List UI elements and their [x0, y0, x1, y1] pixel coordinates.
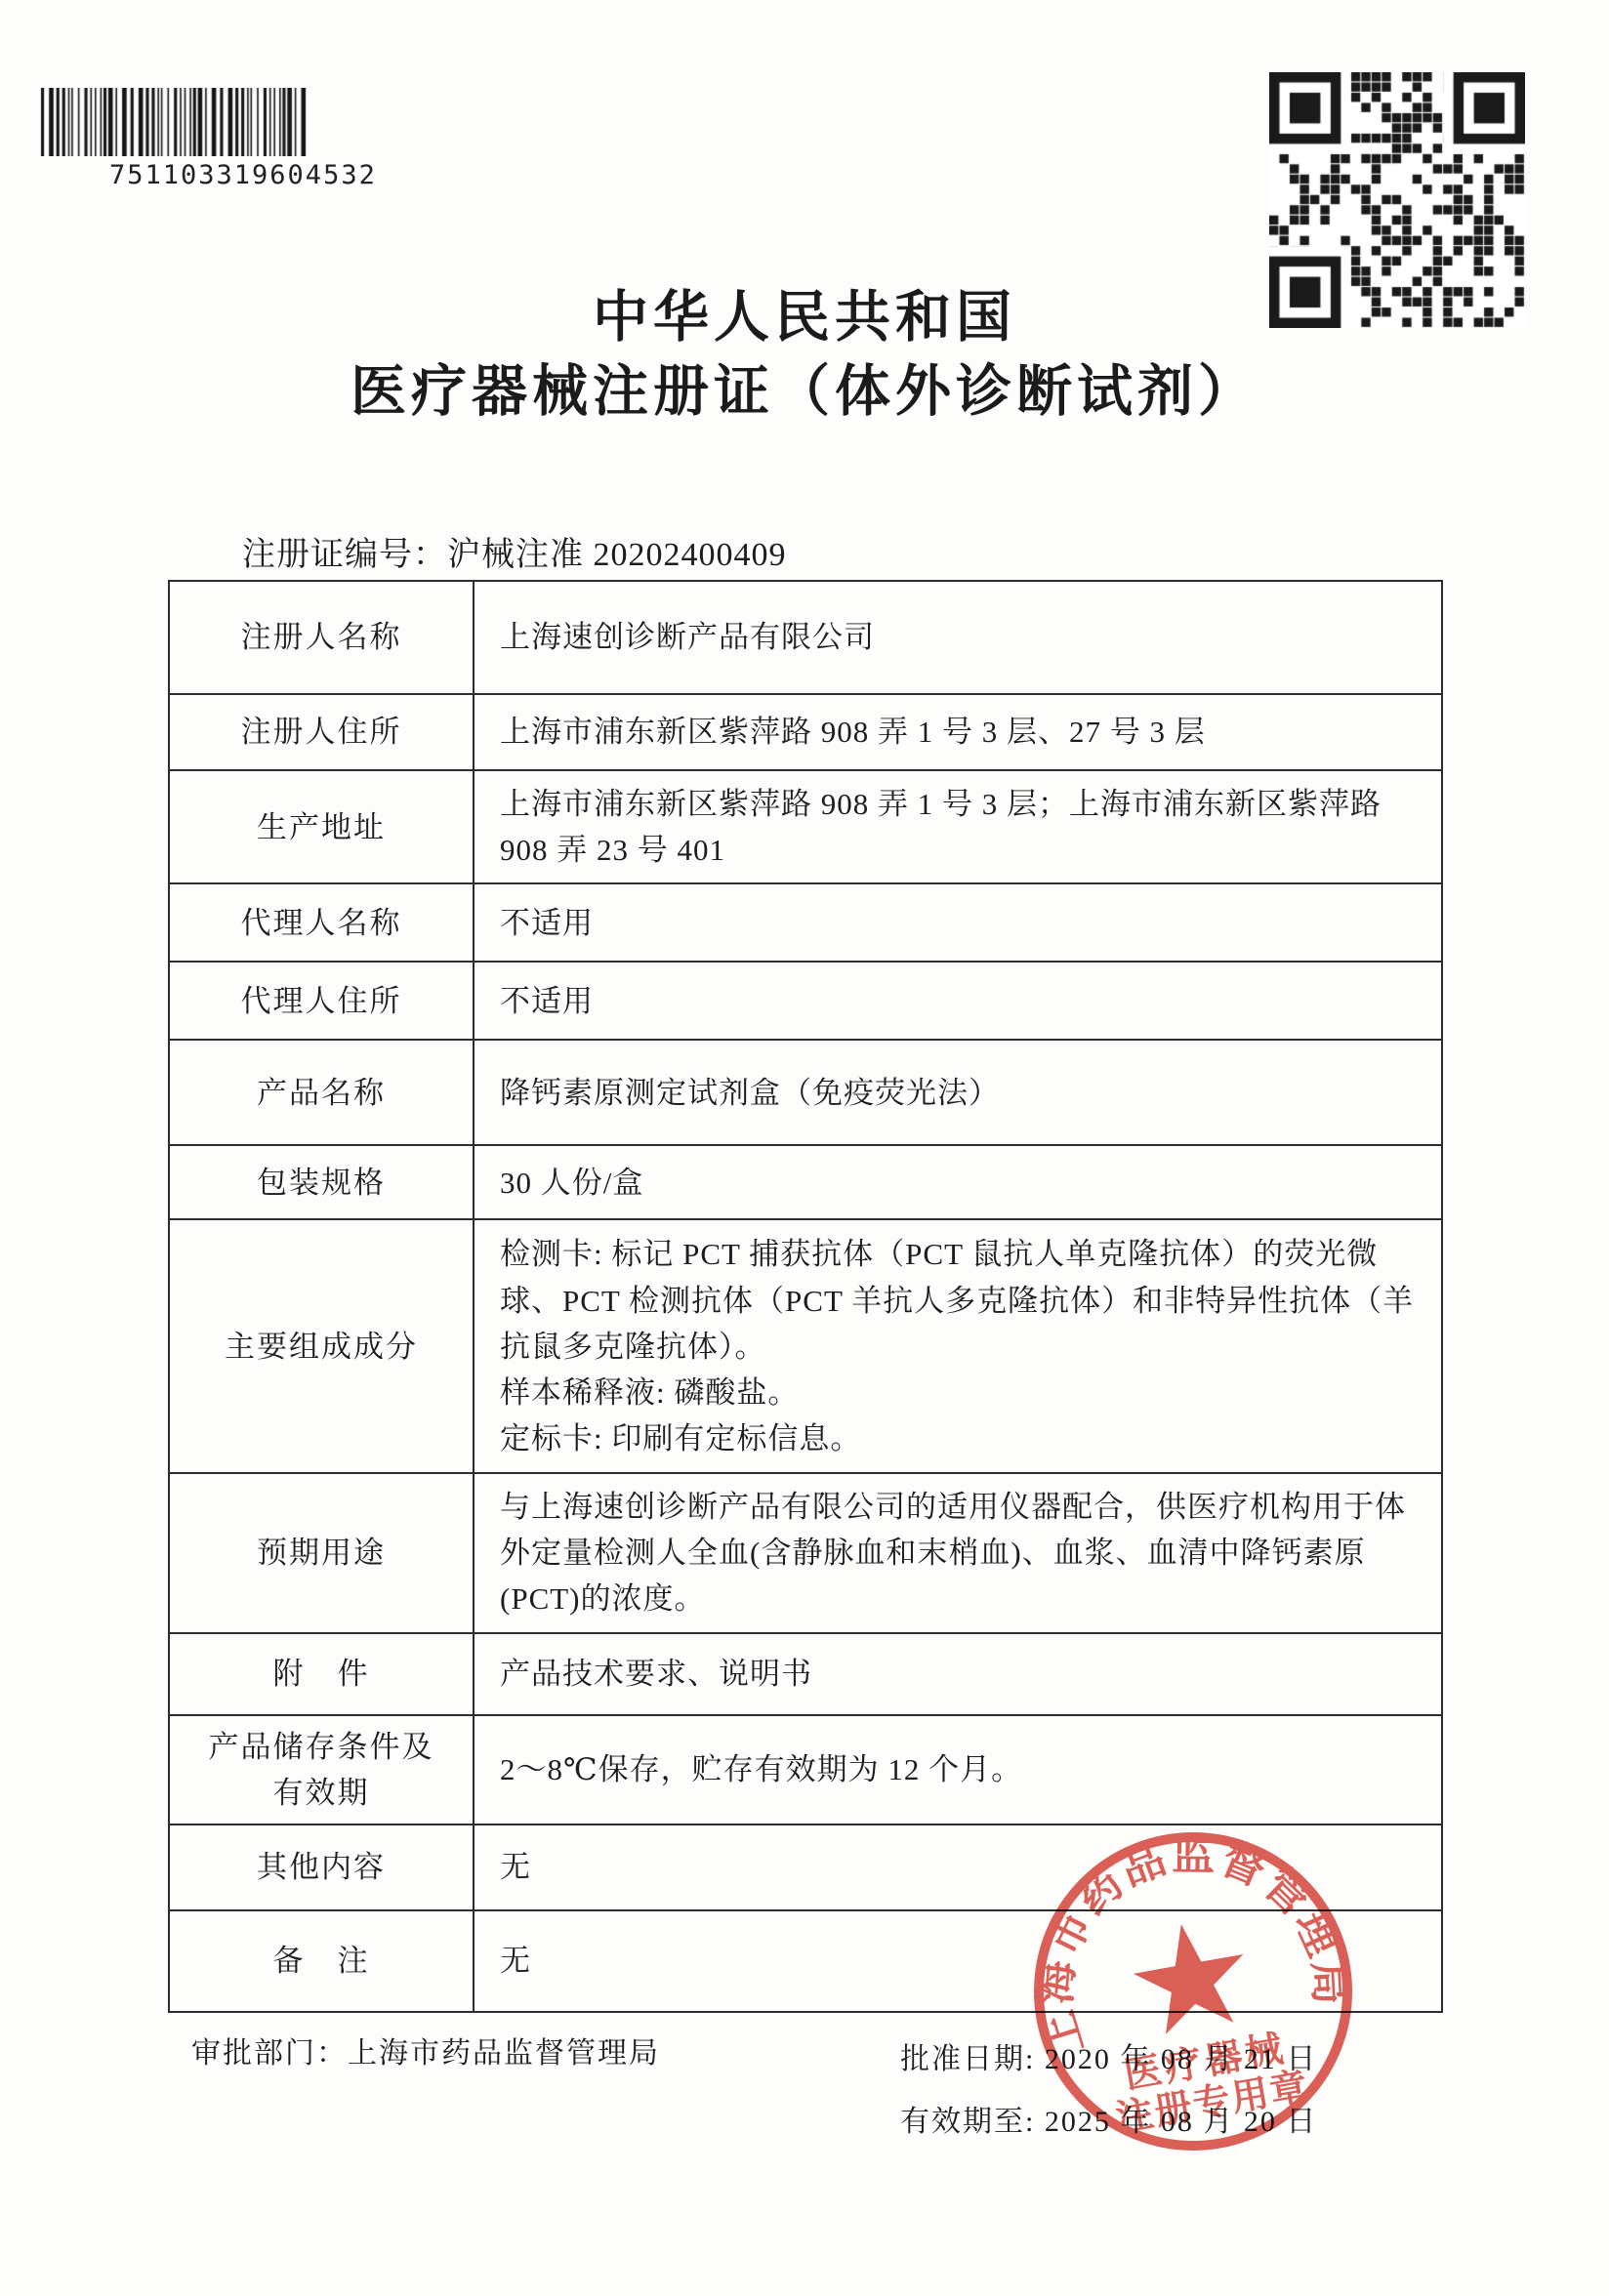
- row-label: 代理人住所: [169, 962, 474, 1040]
- row-label: 生产地址: [169, 770, 474, 883]
- certificate-table: 注册人名称上海速创诊断产品有限公司 注册人住所上海市浦东新区紫萍路 908 弄 …: [168, 580, 1443, 2013]
- row-label: 主要组成成分: [169, 1219, 474, 1473]
- row-value: 无: [474, 1910, 1442, 2012]
- row-label: 产品储存条件及 有效期: [169, 1715, 474, 1824]
- row-value: 上海市浦东新区紫萍路 908 弄 1 号 3 层；上海市浦东新区紫萍路 908 …: [474, 770, 1442, 883]
- row-value: 上海速创诊断产品有限公司: [474, 581, 1442, 694]
- row-value: 降钙素原测定试剂盒（免疫荧光法）: [474, 1040, 1442, 1145]
- row-value: 与上海速创诊断产品有限公司的适用仪器配合，供医疗机构用于体外定量检测人全血(含静…: [474, 1473, 1442, 1632]
- row-value: 30 人份/盒: [474, 1145, 1442, 1219]
- row-label: 产品名称: [169, 1040, 474, 1145]
- table-row: 主要组成成分检测卡: 标记 PCT 捕获抗体（PCT 鼠抗人单克隆抗体）的荧光微…: [169, 1219, 1442, 1473]
- row-label: 其他内容: [169, 1824, 474, 1910]
- approval-department: 审批部门：上海市药品监督管理局: [191, 2029, 660, 2071]
- row-label: 预期用途: [169, 1473, 474, 1632]
- table-row: 包装规格30 人份/盒: [169, 1145, 1442, 1219]
- row-label: 附 件: [169, 1633, 474, 1715]
- table-row: 注册人名称上海速创诊断产品有限公司: [169, 581, 1442, 694]
- row-value: 产品技术要求、说明书: [474, 1633, 1442, 1715]
- registration-number-value: 沪械注准 20202400409: [447, 537, 787, 573]
- row-label: 注册人住所: [169, 694, 474, 770]
- row-label: 代理人名称: [169, 883, 474, 962]
- row-value: 不适用: [474, 883, 1442, 962]
- registration-number-label: 注册证编号：: [242, 537, 447, 573]
- table-row: 备 注无: [169, 1910, 1442, 2012]
- certificate-title: 中华人民共和国 医疗器械注册证（体外诊断试剂）: [0, 281, 1609, 430]
- row-label: 包装规格: [169, 1145, 474, 1219]
- registration-number-line: 注册证编号：沪械注准 20202400409: [242, 527, 787, 575]
- row-value: 检测卡: 标记 PCT 捕获抗体（PCT 鼠抗人单克隆抗体）的荧光微球、PCT …: [474, 1219, 1442, 1473]
- table-row: 代理人名称不适用: [169, 883, 1442, 962]
- barcode-number: 751103319604532: [39, 160, 383, 190]
- table-row: 生产地址上海市浦东新区紫萍路 908 弄 1 号 3 层；上海市浦东新区紫萍路 …: [169, 770, 1442, 883]
- row-value: 无: [474, 1824, 1442, 1910]
- table-row: 产品储存条件及 有效期2～8℃保存，贮存有效期为 12 个月。: [169, 1715, 1442, 1824]
- table-row: 预期用途与上海速创诊断产品有限公司的适用仪器配合，供医疗机构用于体外定量检测人全…: [169, 1473, 1442, 1632]
- barcode: 751103319604532: [39, 88, 383, 190]
- row-value: 上海市浦东新区紫萍路 908 弄 1 号 3 层、27 号 3 层: [474, 694, 1442, 770]
- title-line-cert-type: 医疗器械注册证（体外诊断试剂）: [0, 355, 1609, 430]
- approval-date: 批准日期: 2020 年 08 月 21 日: [900, 2029, 1317, 2091]
- table-row: 注册人住所上海市浦东新区紫萍路 908 弄 1 号 3 层、27 号 3 层: [169, 694, 1442, 770]
- barcode-bars-icon: [39, 88, 383, 156]
- certificate-page: 751103319604532 中华人民共和国 医疗器械注册证（体外诊断试剂） …: [0, 0, 1609, 2296]
- table-row: 产品名称降钙素原测定试剂盒（免疫荧光法）: [169, 1040, 1442, 1145]
- row-label: 备 注: [169, 1910, 474, 2012]
- title-line-country: 中华人民共和国: [0, 281, 1609, 355]
- valid-until-date: 有效期至: 2025 年 08 月 20 日: [900, 2091, 1317, 2153]
- table-row: 代理人住所不适用: [169, 962, 1442, 1040]
- row-value: 不适用: [474, 962, 1442, 1040]
- table-row: 附 件产品技术要求、说明书: [169, 1633, 1442, 1715]
- approval-dates: 批准日期: 2020 年 08 月 21 日 有效期至: 2025 年 08 月…: [900, 2029, 1317, 2153]
- table-row: 其他内容无: [169, 1824, 1442, 1910]
- row-value: 2～8℃保存，贮存有效期为 12 个月。: [474, 1715, 1442, 1824]
- row-label: 注册人名称: [169, 581, 474, 694]
